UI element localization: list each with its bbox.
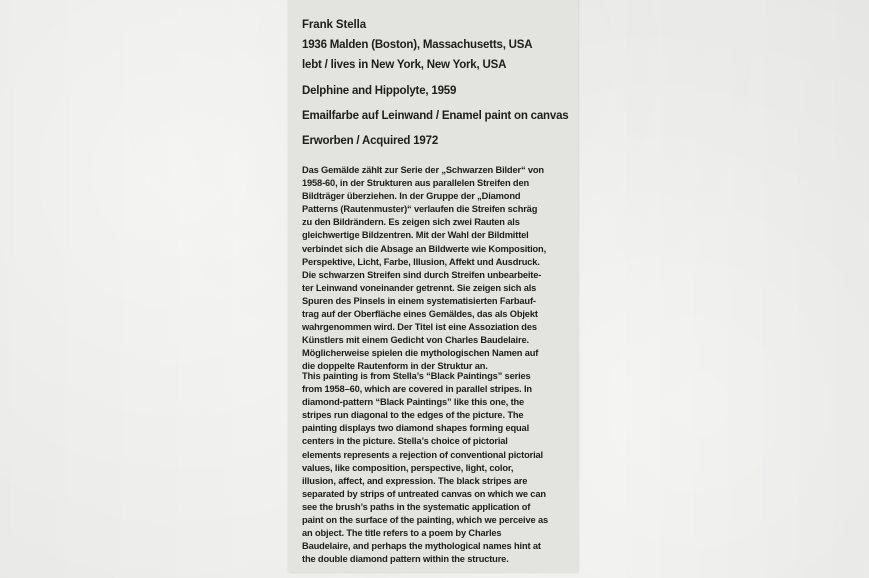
artist-birth: 1936 Malden (Boston), Massachusetts, USA [302,39,532,51]
description-line: trag auf der Oberfläche eines Gemäldes, … [302,308,574,321]
museum-wall-label: Frank Stella 1936 Malden (Boston), Massa… [288,0,578,572]
description-line: diamond-pattern “Black Paintings” like t… [302,396,574,409]
description-line: Patterns (Rautenmuster)“ verlaufen die S… [302,203,574,216]
description-line: centers in the picture. Stella’s choice … [302,435,574,448]
description-line: zu den Bildrändern. Es zeigen sich zwei … [302,216,574,229]
description-line: 1958-60, in der Strukturen aus parallele… [302,177,574,190]
description-line: Spuren des Pinsels in einem systematisie… [302,295,574,308]
description-line: separated by strips of untreated canvas … [302,488,574,501]
description-line: Möglicherweise spielen die mythologische… [302,347,574,360]
description-line: Die schwarzen Streifen sind durch Streif… [302,269,574,282]
acquisition-info: Erworben / Acquired 1972 [302,135,438,147]
description-line: stripes run diagonal to the edges of the… [302,409,574,422]
description-line: values, like composition, perspective, l… [302,462,574,475]
description-line: from 1958–60, which are covered in paral… [302,383,574,396]
description-line: Künstlers mit einem Gedicht von Charles … [302,334,574,347]
description-line: This painting is from Stella’s “Black Pa… [302,370,574,383]
description-line: Baudelaire, and perhaps the mythological… [302,540,574,553]
description-line: gleichwertige Bildzentren. Mit der Wahl … [302,229,574,242]
description-line: Perspektive, Licht, Farbe, Illusion, Aff… [302,256,574,269]
artwork-medium: Emailfarbe auf Leinwand / Enamel paint o… [302,110,568,122]
description-line: painting displays two diamond shapes for… [302,422,574,435]
artist-name: Frank Stella [302,19,366,31]
description-line: illusion, affect, and expression. The bl… [302,475,574,488]
description-german: Das Gemälde zählt zur Serie der „Schwarz… [302,164,574,374]
description-line: paint on the surface of the painting, wh… [302,514,574,527]
description-line: see the brush’s paths in the systematic … [302,501,574,514]
description-line: ter Leinwand voneinander getrennt. Sie z… [302,282,574,295]
description-line: an object. The title refers to a poem by… [302,527,574,540]
description-english: This painting is from Stella’s “Black Pa… [302,370,574,566]
artist-residence: lebt / lives in New York, New York, USA [302,59,506,71]
artwork-title: Delphine and Hippolyte, 1959 [302,85,456,97]
description-line: Bildträger überziehen. In der Gruppe der… [302,190,574,203]
description-line: Das Gemälde zählt zur Serie der „Schwarz… [302,164,574,177]
description-line: verbindet sich die Absage an Bildwerte w… [302,243,574,256]
description-line: elements represents a rejection of conve… [302,449,574,462]
description-line: wahrgenommen wird. Der Titel ist eine As… [302,321,574,334]
description-line: the double diamond pattern within the st… [302,553,574,566]
